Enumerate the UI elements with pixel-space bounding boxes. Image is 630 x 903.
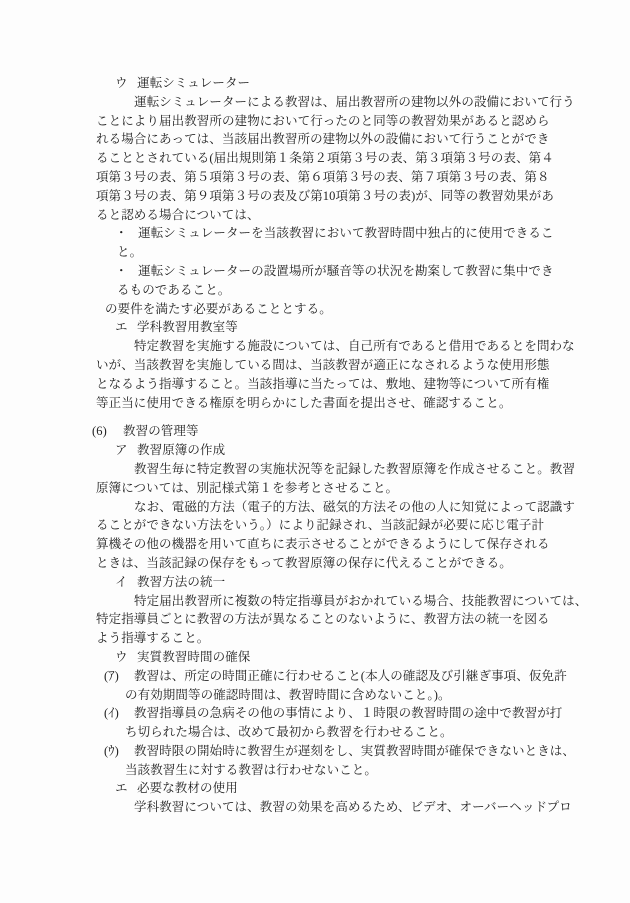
line-text: 教習方法の統一 <box>137 575 225 589</box>
text-line: よう指導すること。 <box>0 629 630 648</box>
item-marker: エ <box>115 318 137 337</box>
line-text: 等正当に使用できる権原を明らかにした書面を提出させ、確認すること。 <box>96 396 511 410</box>
item-marker: (ｳ) <box>104 742 134 761</box>
item-heading-i-unify: イ教習方法の統一 <box>0 573 630 592</box>
item-marker: ウ <box>115 74 137 93</box>
line-text: となるよう指導すること。当該指導に当たっては、敷地、建物等について所有権 <box>96 377 549 391</box>
line-text: 特定指導員ごとに教習の方法が異なることのないように、教習方法の統一を図る <box>96 612 550 626</box>
line-text: 教習時限の開始時に教習生が遅刻をし、実質教習時間が確保できないときは、 <box>134 744 575 758</box>
line-text: れる場合にあっては、当該届出教習所の建物以外の設備において行うことができ <box>96 132 549 146</box>
item-marker: ・ <box>115 262 138 281</box>
text-line: の有効期間等の確認時間は、教習時間に含めないこと。)。 <box>0 686 630 705</box>
line-text: 教習の管理等 <box>123 424 199 438</box>
line-text: 特定教習を実施する施設については、自己所有であると借用であるとを問わな <box>134 339 575 353</box>
text-line: 等正当に使用できる権原を明らかにした書面を提出させ、確認すること。 <box>0 394 630 413</box>
line-text: なお、電磁的方法（電子的方法、磁気的方法その他の人に知覚によって認識す <box>134 500 575 514</box>
text-line: 特定指導員ごとに教習の方法が異なることのないように、教習方法の統一を図る <box>0 610 630 629</box>
text-line: 特定届出教習所に複数の特定指導員がおかれている場合、技能教習については、 <box>0 592 630 611</box>
line-text: 教習生毎に特定教習の実施状況等を記録した教習原簿を作成させること。教習 <box>134 462 575 476</box>
line-text: 運転シミュレーターを当該教習において教習時間中独占的に使用できるこ <box>138 226 554 240</box>
line-text: ることができない方法をいう。）により記録され、当該記録が必要に応じ電子計 <box>96 518 544 532</box>
line-text: 算機その他の機器を用いて直ちに表示させることができるようにして保存される <box>96 537 550 551</box>
item-marker: エ <box>115 779 137 798</box>
paren-item-u: (ｳ)教習時限の開始時に教習生が遅刻をし、実質教習時間が確保できないときは、 <box>0 742 630 761</box>
line-text: と。 <box>117 245 142 259</box>
blank-line <box>0 412 630 422</box>
line-text: 教習指導員の急病その他の事情により、１時限の教習時間の途中で教習が打 <box>134 706 562 720</box>
bullet-item: ・運転シミュレーターの設置場所が騒音等の状況を勘案して教習に集中でき <box>0 262 630 281</box>
document-content: ウ運転シミュレーター運転シミュレーターによる教習は、届出教習所の建物以外の設備に… <box>0 0 630 817</box>
text-line: ると認める場合については、 <box>0 206 630 225</box>
text-line: 算機その他の機器を用いて直ちに表示させることができるようにして保存される <box>0 535 630 554</box>
item-heading-u-hours: ウ実質教習時間の確保 <box>0 648 630 667</box>
line-text: の有効期間等の確認時間は、教習時間に含めないこと。)。 <box>125 688 451 702</box>
text-line: なお、電磁的方法（電子的方法、磁気的方法その他の人に知覚によって認識す <box>0 498 630 517</box>
line-text: ると認める場合については、 <box>96 208 260 222</box>
line-text: 項第３号の表、第５項第３号の表、第６項第３号の表、第７項第３号の表、第８ <box>96 170 550 184</box>
item-marker: (ｲ) <box>104 704 134 723</box>
item-marker: ウ <box>115 648 137 667</box>
item-heading-a-ledger: ア教習原簿の作成 <box>0 441 630 460</box>
line-text: いが、当該教習を実施している間は、当該教習が適正になされるような使用形態 <box>96 358 550 372</box>
item-marker: ア <box>115 441 137 460</box>
line-text: 実質教習時間の確保 <box>137 650 250 664</box>
line-text: 教習原簿の作成 <box>137 443 225 457</box>
line-text: 運転シミュレーターによる教習は、届出教習所の建物以外の設備において行う <box>134 95 575 109</box>
line-text: よう指導すること。 <box>96 631 209 645</box>
line-text: 原簿については、別記様式第１を参考とさせること。 <box>96 481 398 495</box>
text-line: 項第３号の表、第９項第３号の表及び第10項第３号の表)が、同等の教習効果があ <box>0 187 630 206</box>
text-line: ることとされている(届出規則第１条第２項第３号の表、第３項第３号の表、第４ <box>0 149 630 168</box>
section-heading-6: (6)教習の管理等 <box>0 422 630 441</box>
text-line: れる場合にあっては、当該届出教習所の建物以外の設備において行うことができ <box>0 130 630 149</box>
text-line: の要件を満たす必要があることとする。 <box>0 300 630 319</box>
text-line: 学科教習については、教習の効果を高めるため、ビデオ、オーバーヘッドプロ <box>0 798 630 817</box>
item-marker: (6) <box>92 422 123 441</box>
line-text: ち切られた場合は、改めて最初から教習を行わせること。 <box>125 725 453 739</box>
text-line: ることができない方法をいう。）により記録され、当該記録が必要に応じ電子計 <box>0 516 630 535</box>
text-line: 教習生毎に特定教習の実施状況等を記録した教習原簿を作成させること。教習 <box>0 460 630 479</box>
line-text: 必要な教材の使用 <box>137 781 238 795</box>
line-text: 運転シミュレーター <box>137 76 250 90</box>
item-marker: イ <box>115 573 137 592</box>
line-text: 学科教習用教室等 <box>137 320 238 334</box>
line-text: 項第３号の表、第９項第３号の表及び第10項第３号の表)が、同等の教習効果があ <box>96 189 554 203</box>
line-text: ることとされている(届出規則第１条第２項第３号の表、第３項第３号の表、第４ <box>96 151 554 165</box>
item-marker: ・ <box>115 224 138 243</box>
paren-item-a: (ｱ)教習は、所定の時間正確に行わせること(本人の確認及び引継ぎ事項、仮免許 <box>0 667 630 686</box>
paren-item-i: (ｲ)教習指導員の急病その他の事情により、１時限の教習時間の途中で教習が打 <box>0 704 630 723</box>
text-line: 原簿については、別記様式第１を参考とさせること。 <box>0 479 630 498</box>
item-heading-u-simulator: ウ運転シミュレーター <box>0 74 630 93</box>
text-line: と。 <box>0 243 630 262</box>
text-line: ことにより届出教習所の建物において行ったのと同等の教習効果があると認めら <box>0 112 630 131</box>
line-text: の要件を満たす必要があることとする。 <box>105 302 332 316</box>
text-line: 特定教習を実施する施設については、自己所有であると借用であるとを問わな <box>0 337 630 356</box>
text-line: ときは、当該記録の保存をもって教習原簿の保存に代えることができる。 <box>0 554 630 573</box>
text-line: となるよう指導すること。当該指導に当たっては、敷地、建物等について所有権 <box>0 375 630 394</box>
item-heading-e-materials: エ必要な教材の使用 <box>0 779 630 798</box>
line-text: 学科教習については、教習の効果を高めるため、ビデオ、オーバーヘッドプロ <box>134 800 572 814</box>
line-text: ことにより届出教習所の建物において行ったのと同等の教習効果があると認めら <box>96 114 550 128</box>
line-text: 教習は、所定の時間正確に行わせること(本人の確認及び引継ぎ事項、仮免許 <box>134 669 567 683</box>
text-line: るものであること。 <box>0 281 630 300</box>
bullet-item: ・運転シミュレーターを当該教習において教習時間中独占的に使用できるこ <box>0 224 630 243</box>
line-text: 運転シミュレーターの設置場所が騒音等の状況を勘案して教習に集中でき <box>138 264 554 278</box>
document-page: ウ運転シミュレーター運転シミュレーターによる教習は、届出教習所の建物以外の設備に… <box>0 0 630 903</box>
line-text: るものであること。 <box>117 283 230 297</box>
text-line: 当該教習生に対する教習は行わせないこと。 <box>0 761 630 780</box>
text-line: ち切られた場合は、改めて最初から教習を行わせること。 <box>0 723 630 742</box>
text-line: いが、当該教習を実施している間は、当該教習が適正になされるような使用形態 <box>0 356 630 375</box>
item-heading-e-classroom: エ学科教習用教室等 <box>0 318 630 337</box>
line-text: 当該教習生に対する教習は行わせないこと。 <box>125 763 377 777</box>
text-line: 運転シミュレーターによる教習は、届出教習所の建物以外の設備において行う <box>0 93 630 112</box>
line-text: ときは、当該記録の保存をもって教習原簿の保存に代えることができる。 <box>96 556 512 570</box>
text-line: 項第３号の表、第５項第３号の表、第６項第３号の表、第７項第３号の表、第８ <box>0 168 630 187</box>
item-marker: (ｱ) <box>104 667 134 686</box>
line-text: 特定届出教習所に複数の特定指導員がおかれている場合、技能教習については、 <box>134 594 587 608</box>
